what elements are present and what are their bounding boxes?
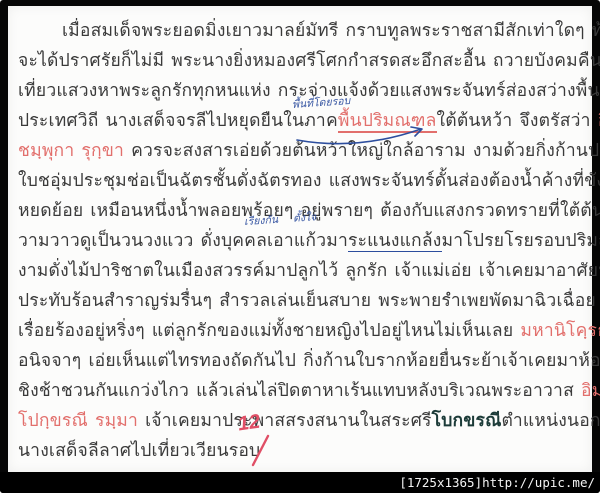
- text-segment-normal: ใบชอุ่มประชุมช่อเป็นฉัตรชั้นดั่งฉัตรทอง …: [18, 170, 600, 190]
- text-line: อนิจจาๆ เอ่ยเห็นแต่ไทรทองถัดกันไป กิ่งก้…: [18, 345, 583, 375]
- text-segment-normal: ใต้ต้นหว้า จึงตรัสว่า: [437, 110, 598, 130]
- text-segment-blue-underline: แกล้ง: [400, 230, 442, 252]
- text-line: จะได้ปราศรัยก็ไม่มี พระนางยิ่งหมองศรีโศก…: [18, 45, 583, 75]
- text-line: ประทับร้อนสำราญร่มรื่นๆ สำรวลเล่นเย็นสบา…: [18, 285, 583, 315]
- text-segment-magenta: ชมฺพุกา รุกฺขา: [18, 140, 124, 160]
- text-segment-magenta-underline: พื้นปริมณฑล: [338, 110, 437, 133]
- text-line: ชิงช้าชวนกันแกว่งไกว แล้วเล่นไล่ปิดตาหาเ…: [18, 375, 583, 405]
- text-segment-blue-underline: ระแนง: [348, 230, 400, 252]
- text-segment-magenta: โปกฺขรณี รมฺมา: [18, 410, 138, 430]
- text-segment-bold: โบกขรณี: [432, 410, 502, 430]
- text-segment-normal: เมื่อสมเด็จพระยอดมิ่งเยาวมาลย์มัทรี กราบ…: [62, 20, 600, 40]
- text-segment-normal: ตำแหน่งนอกพระอาวาส: [502, 410, 600, 430]
- text-segment-normal: วามวาวดูเป็นวนวงแวว ดั่งบุคคลเอาแก้วมา: [18, 230, 348, 250]
- text-line: หยดย้อย เหมือนหนึ่งน้ำพลอยพร้อยๆ อยู่พรา…: [18, 195, 583, 225]
- text-line: เมื่อสมเด็จพระยอดมิ่งเยาวมาลย์มัทรี กราบ…: [18, 15, 583, 45]
- text-segment-normal: งามดั่งไม้ปาริชาตในเมืองสวรรค์มาปลูกไว้ …: [18, 260, 600, 280]
- text-line: วามวาวดูเป็นวนวงแวว ดั่งบุคคลเอาแก้วมาระ…: [18, 225, 583, 255]
- text-lines: เมื่อสมเด็จพระยอดมิ่งเยาวมาลย์มัทรี กราบ…: [18, 15, 583, 465]
- text-segment-normal: เจ้าเคยมาประพาสสรงสนานในสระศรี: [138, 410, 432, 430]
- text-segment-normal: อนิจจาๆ เอ่ยเห็นแต่ไทรทองถัดกันไป กิ่งก้…: [18, 350, 600, 370]
- text-segment-normal: เรื่อยร้องอยู่หริ่งๆ แต่ลูกรักของแม่ทั้ง…: [18, 320, 520, 340]
- text-line: ประเทศวิถี นางเสด็จจรลีไปหยุดยืนในภาคพื้…: [18, 105, 583, 135]
- text-segment-normal: เที่ยวแสวงหาพระลูกรักทุกหนแห่ง กระจ่างแจ…: [18, 80, 600, 100]
- text-segment-normal: ชิงช้าชวนกันแกว่งไกว แล้วเล่นไล่ปิดตาหาเ…: [18, 380, 581, 400]
- text-line: นางเสด็จลีลาศไปเที่ยวเวียนรอบ: [18, 435, 583, 465]
- text-segment-normal: หยดย้อย เหมือนหนึ่งน้ำพลอยพร้อยๆ อยู่พรา…: [18, 200, 600, 220]
- text-segment-normal: ประเทศวิถี นางเสด็จจรลีไปหยุดยืนในภาค: [18, 110, 338, 130]
- watermark-text: [1725x1365]http://upic.me/: [399, 475, 595, 490]
- paper-background: เมื่อสมเด็จพระยอดมิ่งเยาวมาลย์มัทรี กราบ…: [8, 6, 592, 472]
- text-segment-normal: นางเสด็จลีลาศไปเที่ยวเวียนรอบ: [18, 440, 260, 460]
- text-line: โปกฺขรณี รมฺมา เจ้าเคยมาประพาสสรงสนานในส…: [18, 405, 583, 435]
- text-segment-magenta: อิมา ตา: [581, 380, 600, 400]
- text-segment-normal: จะได้ปราศรัยก็ไม่มี พระนางยิ่งหมองศรีโศก…: [18, 50, 600, 70]
- text-segment-normal: มาโปรยโรยรอบปริมณฑลก็เหมือนกัน: [442, 230, 600, 250]
- text-line: เรื่อยร้องอยู่หริ่งๆ แต่ลูกรักของแม่ทั้ง…: [18, 315, 583, 345]
- text-line: ชมฺพุกา รุกฺขา ควรจะสงสารเอ่ยด้วยต้นหว้า…: [18, 135, 583, 165]
- text-segment-normal: ประทับร้อนสำราญร่มรื่นๆ สำรวลเล่นเย็นสบา…: [18, 290, 600, 310]
- text-line: งามดั่งไม้ปาริชาตในเมืองสวรรค์มาปลูกไว้ …: [18, 255, 583, 285]
- scanned-document-page: เมื่อสมเด็จพระยอดมิ่งเยาวมาลย์มัทรี กราบ…: [0, 0, 600, 493]
- text-segment-magenta: มหานิโคฺรธชาตํ: [520, 320, 600, 340]
- text-line: เที่ยวแสวงหาพระลูกรักทุกหนแห่ง กระจ่างแจ…: [18, 75, 583, 105]
- watermark-bar: [1725x1365]http://upic.me/: [0, 472, 600, 493]
- text-line: ใบชอุ่มประชุมช่อเป็นฉัตรชั้นดั่งฉัตรทอง …: [18, 165, 583, 195]
- text-segment-normal: ควรจะสงสารเอ่ยด้วยต้นหว้าใหญ่ใกล้อาราม ง…: [124, 140, 600, 160]
